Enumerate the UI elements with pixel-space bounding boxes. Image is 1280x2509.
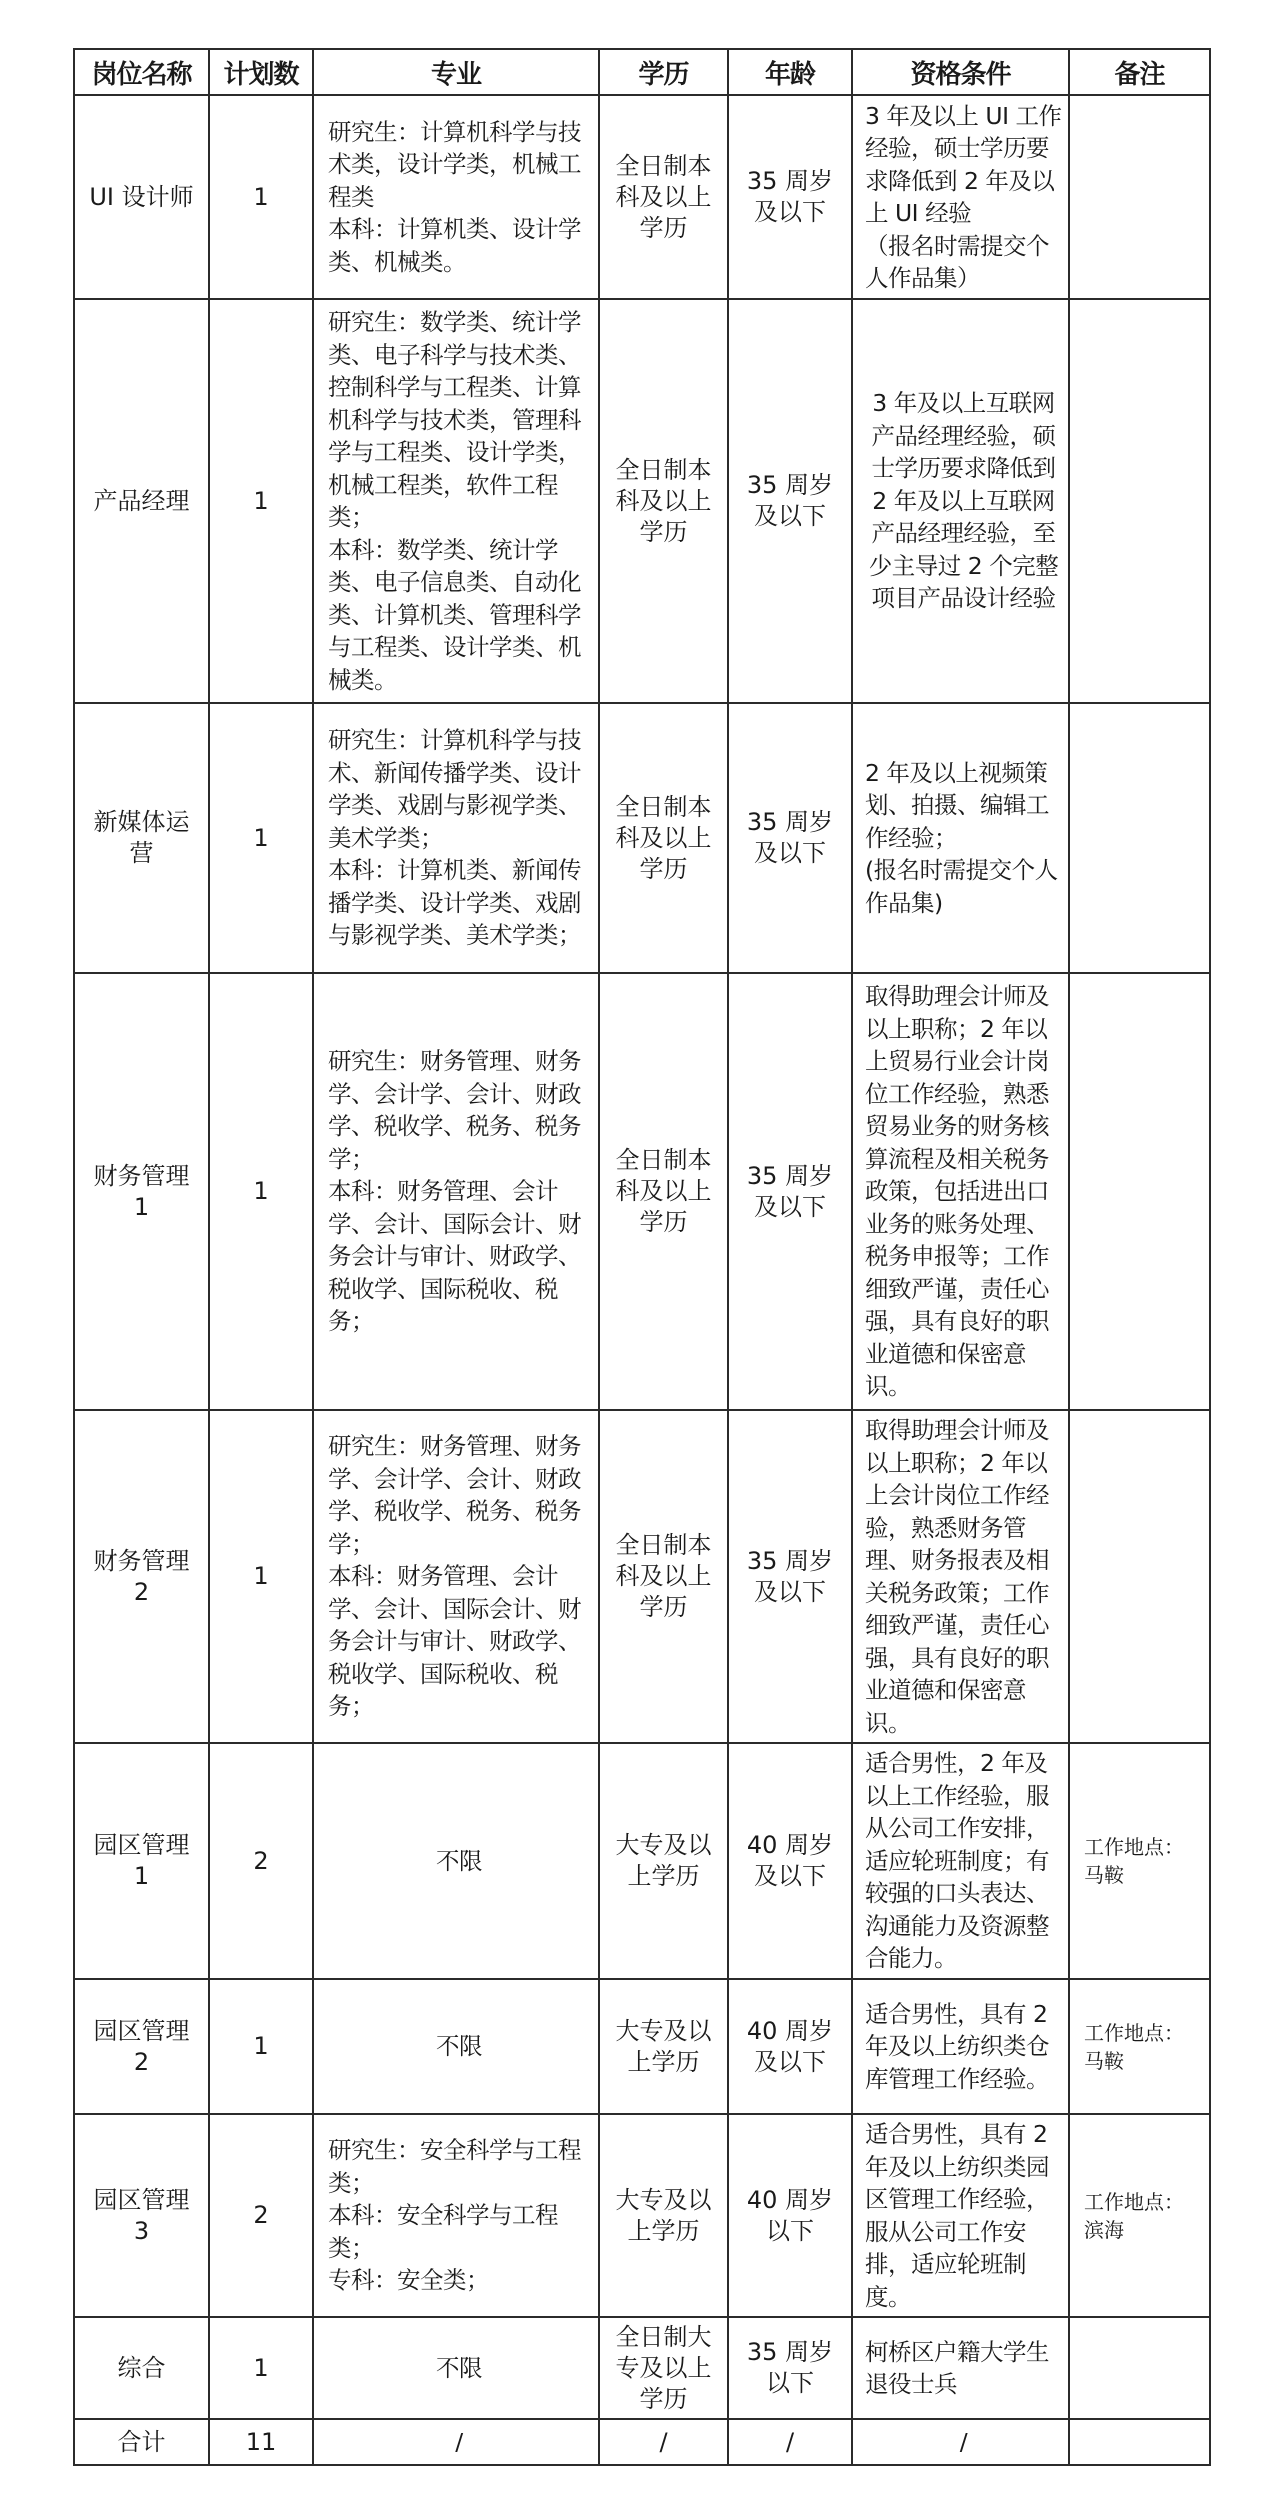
position-title: 财务管理 1	[74, 973, 209, 1410]
position-title: 财务管理 2	[74, 1410, 209, 1743]
total-label: 合计	[74, 2419, 209, 2465]
plan-count: 2	[209, 1743, 313, 1979]
note	[1069, 95, 1210, 299]
plan-count: 1	[209, 95, 313, 299]
header-position: 岗位名称	[74, 49, 209, 95]
major-requirement: 研究生：计算机科学与技术、新闻传播学类、设计学类、戏剧与影视学类、美术学类； 本…	[313, 703, 599, 973]
header-education: 学历	[599, 49, 728, 95]
qualification: 柯桥区户籍大学生退役士兵	[852, 2317, 1069, 2419]
major-requirement: 研究生：财务管理、财务学、会计学、会计、财政学、税收学、税务、税务学； 本科：财…	[313, 973, 599, 1410]
qualification: 适合男性，具有 2 年及以上纺织类仓库管理工作经验。	[852, 1979, 1069, 2114]
note: 工作地点：马鞍	[1069, 1743, 1210, 1979]
education-requirement: 全日制本科及以上学历	[599, 299, 728, 703]
major-requirement: 不限	[313, 2317, 599, 2419]
plan-count: 1	[209, 1410, 313, 1743]
position-title: UI 设计师	[74, 95, 209, 299]
plan-count: 1	[209, 973, 313, 1410]
note: 工作地点：马鞍	[1069, 1979, 1210, 2114]
note: 工作地点：滨海	[1069, 2114, 1210, 2317]
age-requirement: 35 周岁及以下	[728, 1410, 852, 1743]
total-major: /	[313, 2419, 599, 2465]
table-row: 财务管理 2 1 研究生：财务管理、财务学、会计学、会计、财政学、税收学、税务、…	[74, 1410, 1210, 1743]
position-title: 产品经理	[74, 299, 209, 703]
table-row: 园区管理 2 1 不限 大专及以上学历 40 周岁及以下 适合男性，具有 2 年…	[74, 1979, 1210, 2114]
note	[1069, 2317, 1210, 2419]
education-requirement: 全日制本科及以上学历	[599, 1410, 728, 1743]
qualification: 3 年及以上互联网产品经理经验，硕士学历要求降低到 2 年及以上互联网产品经理经…	[852, 299, 1069, 703]
header-count: 计划数	[209, 49, 313, 95]
age-requirement: 35 周岁及以下	[728, 95, 852, 299]
plan-count: 1	[209, 703, 313, 973]
major-requirement: 研究生：安全科学与工程类； 本科：安全科学与工程类； 专科：安全类；	[313, 2114, 599, 2317]
education-requirement: 大专及以上学历	[599, 1979, 728, 2114]
header-qualification: 资格条件	[852, 49, 1069, 95]
total-qualification: /	[852, 2419, 1069, 2465]
position-title: 综合	[74, 2317, 209, 2419]
total-count: 11	[209, 2419, 313, 2465]
qualification: 3 年及以上 UI 工作经验，硕士学历要求降低到 2 年及以上 UI 经验 （报…	[852, 95, 1069, 299]
qualification: 取得助理会计师及以上职称；2 年以上会计岗位工作经验，熟悉财务管理、财务报表及相…	[852, 1410, 1069, 1743]
plan-count: 2	[209, 2114, 313, 2317]
header-age: 年龄	[728, 49, 852, 95]
education-requirement: 全日制本科及以上学历	[599, 95, 728, 299]
header-note: 备注	[1069, 49, 1210, 95]
education-requirement: 全日制本科及以上学历	[599, 973, 728, 1410]
table-row: 产品经理 1 研究生：数学类、统计学类、电子科学与技术类、控制科学与工程类、计算…	[74, 299, 1210, 703]
age-requirement: 35 周岁及以下	[728, 703, 852, 973]
major-requirement: 不限	[313, 1743, 599, 1979]
table-row: 园区管理 1 2 不限 大专及以上学历 40 周岁及以下 适合男性，2 年及以上…	[74, 1743, 1210, 1979]
age-requirement: 40 周岁及以下	[728, 1743, 852, 1979]
table-row: 新媒体运营 1 研究生：计算机科学与技术、新闻传播学类、设计学类、戏剧与影视学类…	[74, 703, 1210, 973]
major-requirement: 研究生：数学类、统计学类、电子科学与技术类、控制科学与工程类、计算机科学与技术类…	[313, 299, 599, 703]
position-title: 园区管理 3	[74, 2114, 209, 2317]
total-education: /	[599, 2419, 728, 2465]
age-requirement: 35 周岁及以下	[728, 973, 852, 1410]
table-row: 综合 1 不限 全日制大专及以上学历 35 周岁以下 柯桥区户籍大学生退役士兵	[74, 2317, 1210, 2419]
total-row: 合计 11 / / / /	[74, 2419, 1210, 2465]
note	[1069, 703, 1210, 973]
age-requirement: 40 周岁及以下	[728, 1979, 852, 2114]
education-requirement: 大专及以上学历	[599, 1743, 728, 1979]
major-requirement: 研究生：财务管理、财务学、会计学、会计、财政学、税收学、税务、税务学； 本科：财…	[313, 1410, 599, 1743]
education-requirement: 大专及以上学历	[599, 2114, 728, 2317]
position-title: 园区管理 1	[74, 1743, 209, 1979]
header-row: 岗位名称 计划数 专业 学历 年龄 资格条件 备注	[74, 49, 1210, 95]
plan-count: 1	[209, 2317, 313, 2419]
note	[1069, 973, 1210, 1410]
table-row: 财务管理 1 1 研究生：财务管理、财务学、会计学、会计、财政学、税收学、税务、…	[74, 973, 1210, 1410]
position-title: 园区管理 2	[74, 1979, 209, 2114]
age-requirement: 35 周岁以下	[728, 2317, 852, 2419]
note	[1069, 1410, 1210, 1743]
major-requirement: 研究生：计算机科学与技术类，设计学类，机械工程类 本科：计算机类、设计学类、机械…	[313, 95, 599, 299]
plan-count: 1	[209, 299, 313, 703]
total-age: /	[728, 2419, 852, 2465]
position-title: 新媒体运营	[74, 703, 209, 973]
education-requirement: 全日制本科及以上学历	[599, 703, 728, 973]
major-requirement: 不限	[313, 1979, 599, 2114]
recruitment-table: 岗位名称 计划数 专业 学历 年龄 资格条件 备注 UI 设计师 1 研究生：计…	[73, 48, 1211, 2466]
table-row: 园区管理 3 2 研究生：安全科学与工程类； 本科：安全科学与工程类； 专科：安…	[74, 2114, 1210, 2317]
qualification: 适合男性，2 年及以上工作经验，服从公司工作安排，适应轮班制度；有较强的口头表达…	[852, 1743, 1069, 1979]
table-row: UI 设计师 1 研究生：计算机科学与技术类，设计学类，机械工程类 本科：计算机…	[74, 95, 1210, 299]
note	[1069, 299, 1210, 703]
age-requirement: 35 周岁及以下	[728, 299, 852, 703]
qualification: 取得助理会计师及以上职称；2 年以上贸易行业会计岗位工作经验，熟悉贸易业务的财务…	[852, 973, 1069, 1410]
qualification: 适合男性，具有 2 年及以上纺织类园区管理工作经验，服从公司工作安排，适应轮班制…	[852, 2114, 1069, 2317]
plan-count: 1	[209, 1979, 313, 2114]
header-major: 专业	[313, 49, 599, 95]
education-requirement: 全日制大专及以上学历	[599, 2317, 728, 2419]
age-requirement: 40 周岁以下	[728, 2114, 852, 2317]
total-note	[1069, 2419, 1210, 2465]
qualification: 2 年及以上视频策划、拍摄、编辑工作经验； (报名时需提交个人作品集)	[852, 703, 1069, 973]
